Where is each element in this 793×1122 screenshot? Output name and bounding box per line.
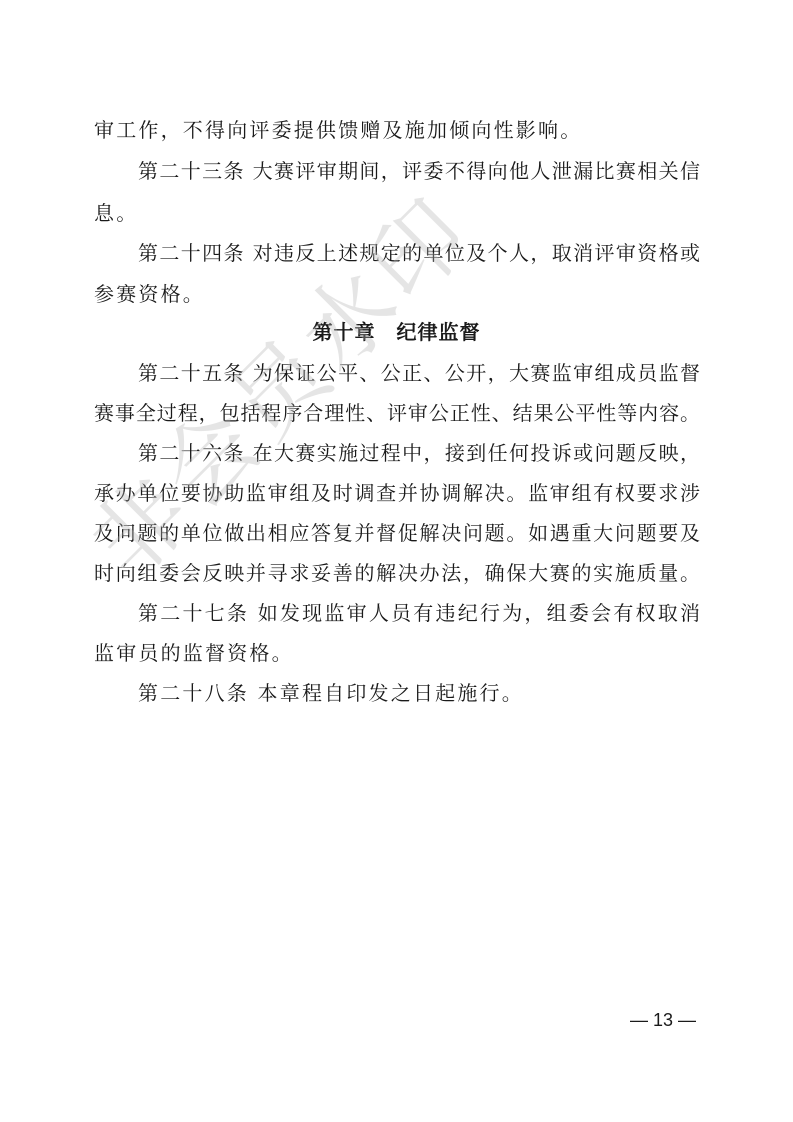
article-25-line-2: 赛事全过程，包括程序合理性、评审公正性、结果公平性等内容。 [94, 401, 700, 425]
paragraph-line: 审工作，不得向评委提供馈赠及施加倾向性影响。 [94, 118, 700, 142]
chapter-heading: 第十章 纪律监督 [0, 320, 793, 344]
article-24-line-1: 第二十四条 对违反上述规定的单位及个人，取消评审资格或 [138, 241, 700, 265]
article-23-line-2: 息。 [94, 201, 700, 225]
article-26-line-3: 及问题的单位做出相应答复并督促解决问题。如遇重大问题要及 [94, 521, 700, 545]
page-number: — 13 — [630, 1010, 696, 1031]
article-24-line-2: 参赛资格。 [94, 282, 700, 306]
article-26-line-4: 时向组委会反映并寻求妥善的解决办法，确保大赛的实施质量。 [94, 561, 700, 585]
article-27-line-2: 监审员的监督资格。 [94, 641, 700, 665]
article-26-line-1: 第二十六条 在大赛实施过程中，接到任何投诉或问题反映， [138, 441, 700, 465]
article-25-line-1: 第二十五条 为保证公平、公正、公开，大赛监审组成员监督 [138, 361, 700, 385]
article-23-line-1: 第二十三条 大赛评审期间，评委不得向他人泄漏比赛相关信 [138, 159, 700, 183]
article-28-line-1: 第二十八条 本章程自印发之日起施行。 [138, 681, 700, 705]
document-page: 审工作，不得向评委提供馈赠及施加倾向性影响。 第二十三条 大赛评审期间，评委不得… [0, 0, 793, 1122]
article-27-line-1: 第二十七条 如发现监审人员有违纪行为，组委会有权取消 [138, 601, 700, 625]
article-26-line-2: 承办单位要协助监审组及时调查并协调解决。监审组有权要求涉 [94, 481, 700, 505]
